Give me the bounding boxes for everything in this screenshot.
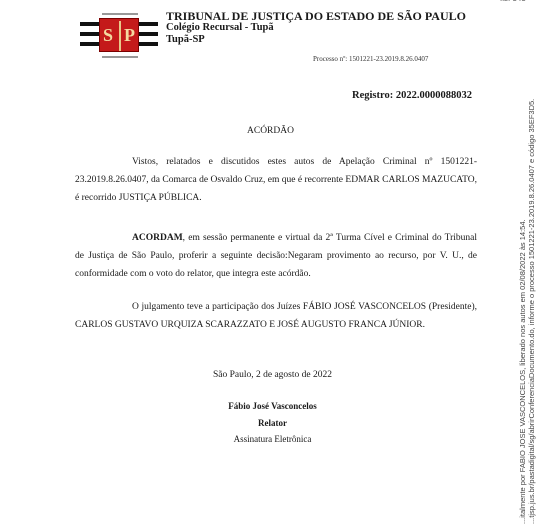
signature-type: Assinatura Eletrônica <box>0 434 545 444</box>
paragraph-acordam: ACORDAM, em sessão permanente e virtual … <box>75 229 477 283</box>
side-note-line-1: ...italmente por FABIO JOSE VASCONCELOS,… <box>518 4 527 524</box>
paragraph-vistos: Vistos, relatados e discutidos estes aut… <box>75 153 477 207</box>
registration-number: Registro: 2022.0000088032 <box>352 90 472 101</box>
document-title: ACÓRDÃO <box>0 126 555 136</box>
paragraph-julgamento: O julgamento teve a participação dos Juí… <box>75 298 477 334</box>
court-name: TRIBUNAL DE JUSTIÇA DO ESTADO DE SÃO PAU… <box>166 10 466 22</box>
acordam-label: ACORDAM <box>132 233 183 243</box>
logo-top-text <box>102 13 138 15</box>
logo-crest: S P <box>99 18 139 52</box>
side-note-line-2: ...tjsp.jus.br/pastadigital/sg/abrirConf… <box>527 4 536 524</box>
court-logo: S P <box>80 10 158 62</box>
relator-role: Relator <box>0 418 545 428</box>
logo-bottom-text <box>102 56 138 58</box>
logo-letter-p: P <box>124 25 135 46</box>
logo-letter-s: S <box>103 25 113 46</box>
digital-signature-note: ...italmente por FABIO JOSE VASCONCELOS,… <box>518 4 536 524</box>
document-header: TRIBUNAL DE JUSTIÇA DO ESTADO DE SÃO PAU… <box>166 10 466 46</box>
sword-icon <box>119 21 121 51</box>
page-number: fls. 343 <box>500 0 526 3</box>
process-number: Processo nº: 1501221-23.2019.8.26.0407 <box>313 55 428 63</box>
document-date: São Paulo, 2 de agosto de 2022 <box>0 370 545 380</box>
relator-name: Fábio José Vasconcelos <box>0 401 545 411</box>
court-unit: Colégio Recursal - Tupã <box>166 22 466 34</box>
court-city: Tupã-SP <box>166 34 466 46</box>
